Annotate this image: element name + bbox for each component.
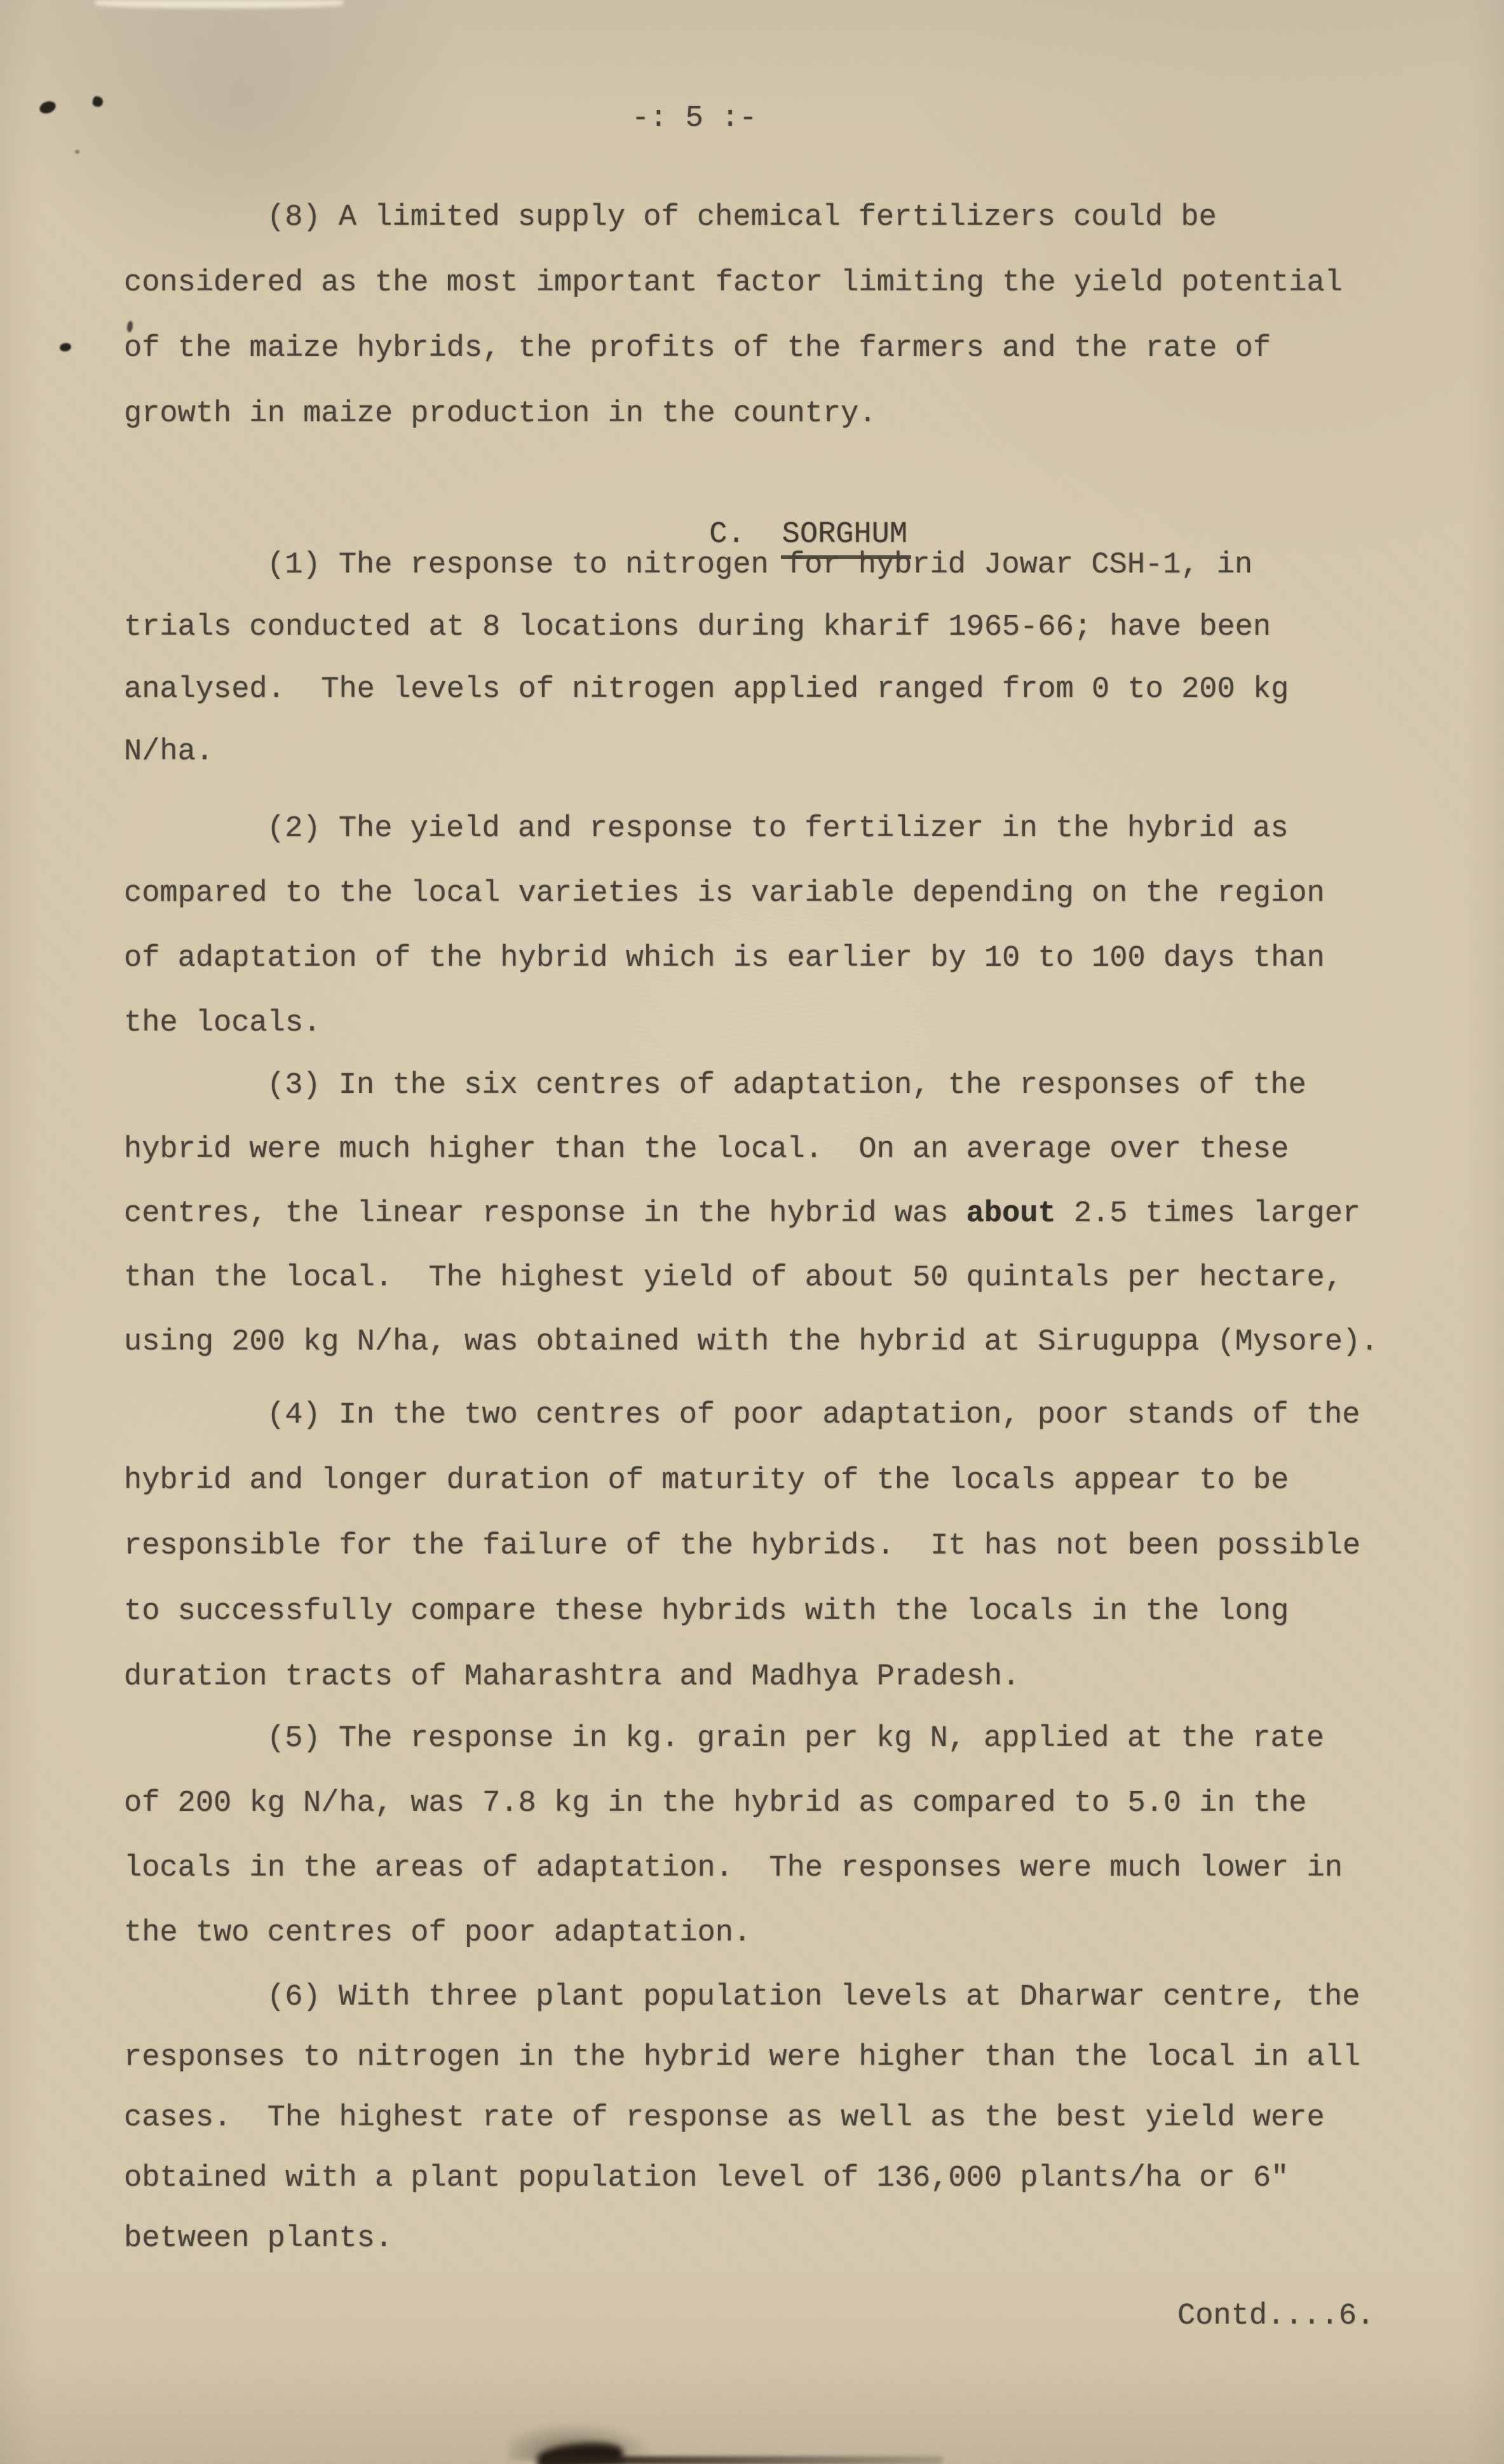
paragraph-3-six-centres: (3) In the six centres of adaptation, th… — [124, 1053, 1378, 1374]
text-line: (2) The yield and response to fertilizer… — [124, 797, 1325, 862]
text-line: the two centres of poor adaptation. — [124, 1901, 1343, 1966]
text-line: hybrid and longer duration of maturity o… — [124, 1448, 1360, 1513]
text-line: responsible for the failure of the hybri… — [124, 1513, 1360, 1579]
paragraph-1-nitrogen-response: (1) The response to nitrogen for hybrid … — [124, 534, 1289, 783]
paragraph-8-maize-conclusion: (8) A limited supply of chemical fertili… — [124, 185, 1343, 447]
text-line: responses to nitrogen in the hybrid were… — [124, 2027, 1360, 2088]
paragraph-5-grain-response-rate: (5) The response in kg. grain per kg N, … — [124, 1707, 1343, 1966]
text-segment: centres, the linear response in the hybr… — [124, 1197, 966, 1231]
paragraph-4-poor-adaptation: (4) In the two centres of poor adaptatio… — [124, 1383, 1360, 1710]
text-line: (8) A limited supply of chemical fertili… — [124, 185, 1343, 250]
text-line: (1) The response to nitrogen for hybrid … — [124, 534, 1289, 597]
text-line: to successfully compare these hybrids wi… — [124, 1579, 1360, 1644]
text-line: duration tracts of Maharashtra and Madhy… — [124, 1644, 1360, 1710]
typewritten-text-layer: -: 5 :- (8) A limited supply of chemical… — [0, 0, 1504, 2464]
text-line: of adaptation of the hybrid which is ear… — [124, 926, 1325, 991]
text-line: locals in the areas of adaptation. The r… — [124, 1836, 1343, 1901]
text-line: hybrid were much higher than the local. … — [124, 1118, 1378, 1182]
text-line: growth in maize production in the countr… — [124, 381, 1343, 447]
continuation-footer: Contd....6. — [1177, 2286, 1374, 2347]
text-line: (4) In the two centres of poor adaptatio… — [124, 1383, 1360, 1448]
text-line: (5) The response in kg. grain per kg N, … — [124, 1707, 1343, 1771]
text-line: of 200 kg N/ha, was 7.8 kg in the hybrid… — [124, 1771, 1343, 1836]
text-line: compared to the local varieties is varia… — [124, 862, 1325, 926]
text-line: trials conducted at 8 locations during k… — [124, 597, 1289, 659]
text-line: between plants. — [124, 2209, 1360, 2269]
text-line: of the maize hybrids, the profits of the… — [124, 316, 1343, 381]
text-line: N/ha. — [124, 721, 1289, 783]
text-line: the locals. — [124, 991, 1325, 1056]
text-line: using 200 kg N/ha, was obtained with the… — [124, 1310, 1378, 1374]
text-line: considered as the most important factor … — [124, 250, 1343, 316]
scan-dark-edge-artifact — [545, 2456, 942, 2464]
text-line: than the local. The highest yield of abo… — [124, 1246, 1378, 1310]
text-line: obtained with a plant population level o… — [124, 2148, 1360, 2209]
paragraph-2-yield-variability: (2) The yield and response to fertilizer… — [124, 797, 1325, 1056]
text-line: (3) In the six centres of adaptation, th… — [124, 1053, 1378, 1118]
text-line: analysed. The levels of nitrogen applied… — [124, 659, 1289, 721]
scanned-typewritten-page: -: 5 :- (8) A limited supply of chemical… — [0, 0, 1504, 2464]
text-segment: 2.5 times larger — [1056, 1197, 1360, 1231]
text-line: cases. The highest rate of response as w… — [124, 2088, 1360, 2148]
paragraph-6-plant-population: (6) With three plant population levels a… — [124, 1967, 1360, 2269]
overstruck-word: about — [966, 1197, 1056, 1231]
text-line: (6) With three plant population levels a… — [124, 1967, 1360, 2027]
text-line: centres, the linear response in the hybr… — [124, 1182, 1378, 1246]
page-number-header: -: 5 :- — [632, 89, 757, 149]
